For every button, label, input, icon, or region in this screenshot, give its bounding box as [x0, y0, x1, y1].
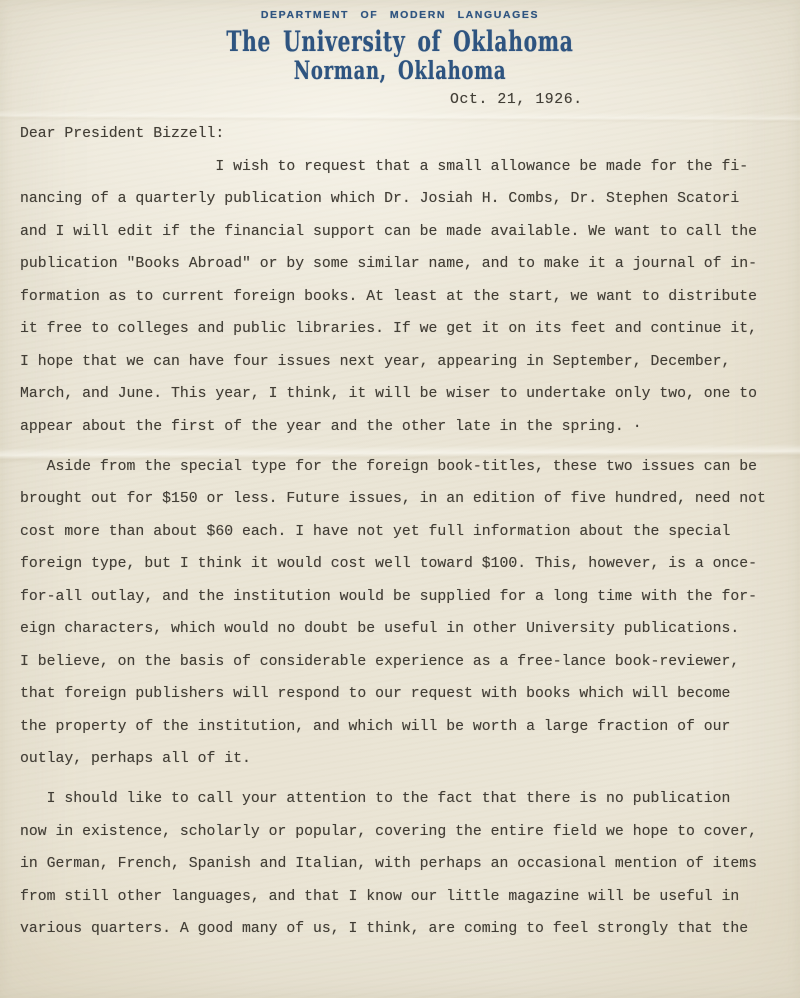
paragraph: I wish to request that a small allowance… — [20, 151, 786, 444]
letter-page: DEPARTMENT OF MODERN LANGUAGES The Unive… — [0, 0, 800, 998]
letter-line: Aside from the special type for the fore… — [20, 451, 786, 484]
letter-line: I wish to request that a small allowance… — [20, 151, 786, 184]
letter-line: March, and June. This year, I think, it … — [20, 378, 786, 411]
letter-line: appear about the first of the year and t… — [20, 411, 786, 444]
letter-line: now in existence, scholarly or popular, … — [20, 816, 786, 849]
salutation: Dear President Bizzell: — [20, 118, 786, 151]
letter-body: Dear President Bizzell: I wish to reques… — [20, 118, 786, 946]
letterhead: DEPARTMENT OF MODERN LANGUAGES The Unive… — [0, 0, 800, 85]
letterhead-location: Norman, Oklahoma — [112, 57, 688, 85]
letter-line: and I will edit if the financial support… — [20, 216, 786, 249]
letterhead-institution: The University of Oklahoma — [112, 27, 688, 57]
letter-line: eign characters, which would no doubt be… — [20, 613, 786, 646]
letter-line: I believe, on the basis of considerable … — [20, 646, 786, 679]
letter-line: from still other languages, and that I k… — [20, 881, 786, 914]
letter-line: it free to colleges and public libraries… — [20, 313, 786, 346]
paragraph: I should like to call your attention to … — [20, 783, 786, 946]
letter-line: nancing of a quarterly publication which… — [20, 183, 786, 216]
letter-line: brought out for $150 or less. Future iss… — [20, 483, 786, 516]
letter-line: I should like to call your attention to … — [20, 783, 786, 816]
letter-line: foreign type, but I think it would cost … — [20, 548, 786, 581]
letter-line: cost more than about $60 each. I have no… — [20, 516, 786, 549]
letter-line: I hope that we can have four issues next… — [20, 346, 786, 379]
letter-line: the property of the institution, and whi… — [20, 711, 786, 744]
letter-line: for-all outlay, and the institution woul… — [20, 581, 786, 614]
letter-line: various quarters. A good many of us, I t… — [20, 913, 786, 946]
letter-line: that foreign publishers will respond to … — [20, 678, 786, 711]
letter-line: outlay, perhaps all of it. — [20, 743, 786, 776]
date-line: Oct. 21, 1926. — [450, 92, 583, 108]
letter-line: publication "Books Abroad" or by some si… — [20, 248, 786, 281]
letterhead-department: DEPARTMENT OF MODERN LANGUAGES — [0, 9, 800, 21]
letter-line: in German, French, Spanish and Italian, … — [20, 848, 786, 881]
letter-line: formation as to current foreign books. A… — [20, 281, 786, 314]
paragraph: Aside from the special type for the fore… — [20, 451, 786, 776]
